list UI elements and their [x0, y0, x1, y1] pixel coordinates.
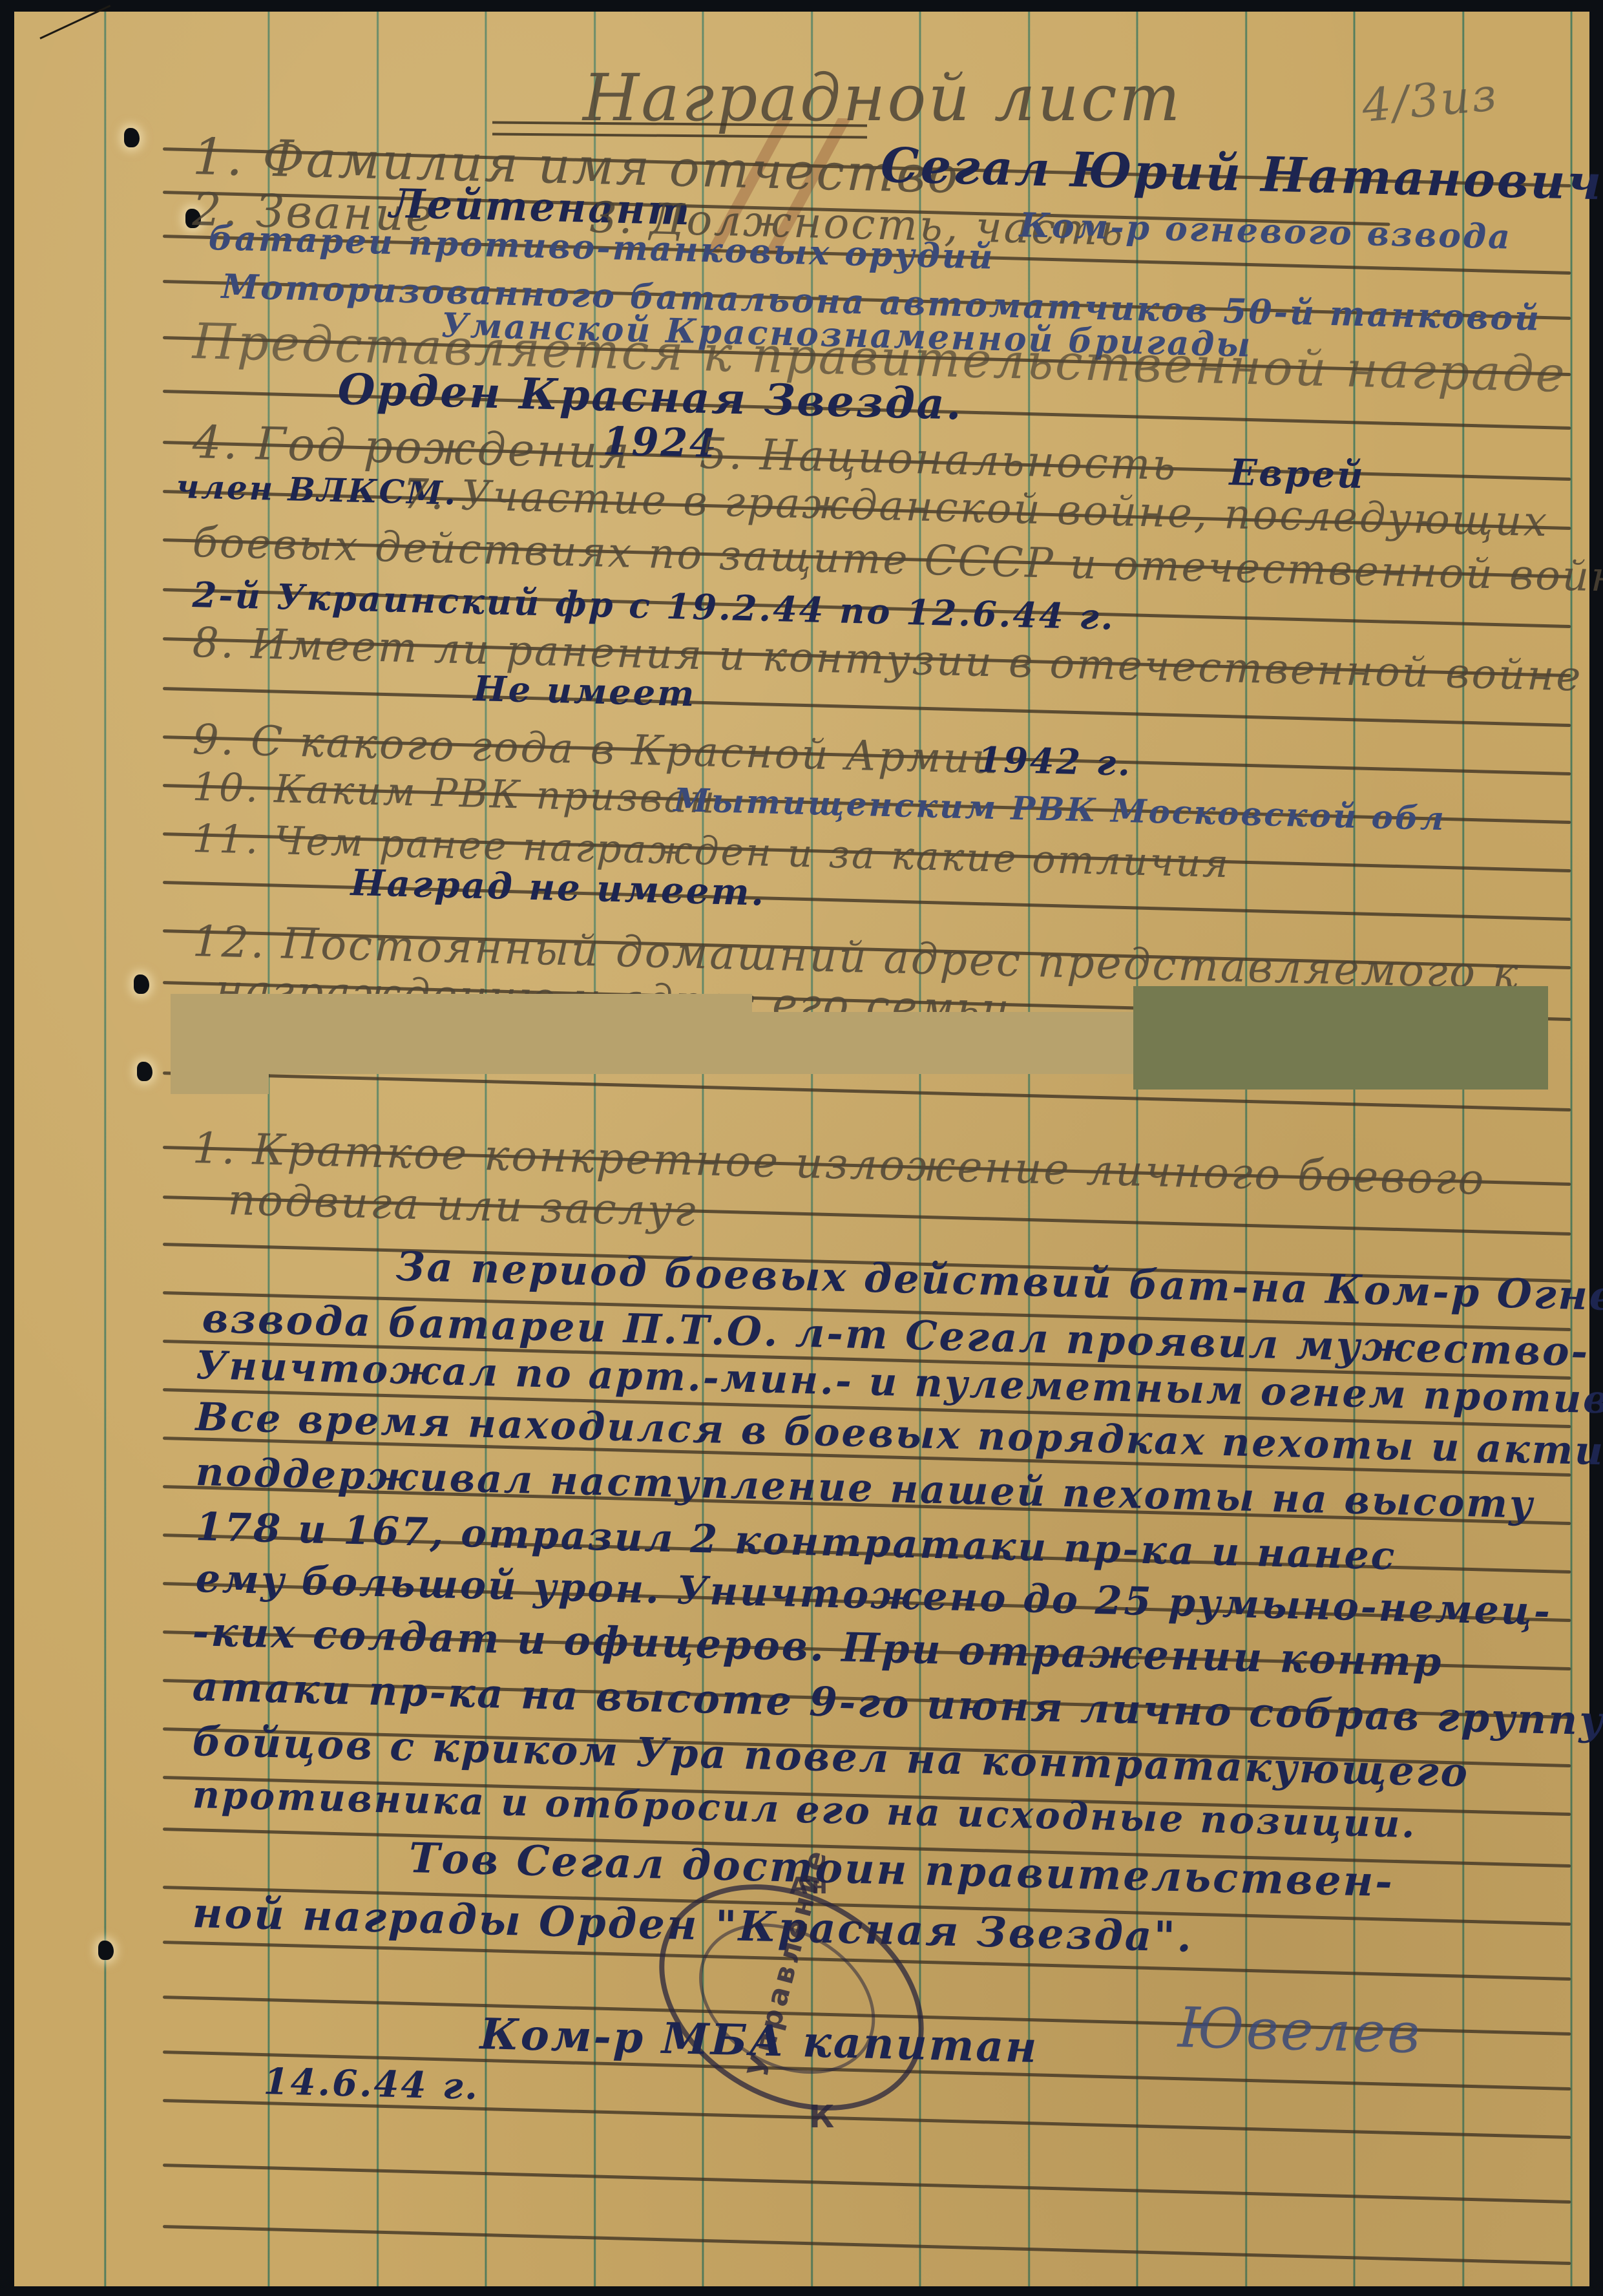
ruled-line [163, 2225, 1571, 2265]
field-9-value: 1942 г. [977, 739, 1133, 784]
ruled-line [163, 2164, 1571, 2204]
field-5-value: Еврей [1229, 451, 1366, 497]
punch-hole [134, 974, 149, 994]
punch-hole [137, 1062, 152, 1081]
redaction-block [171, 994, 752, 1033]
award-sheet: 4/3из // Наградной лист 1. Фамилия имя о… [14, 12, 1589, 2286]
punch-hole [98, 1941, 114, 1960]
field-8-value: Не имеет [473, 668, 697, 714]
stamp-letter: К [809, 2099, 838, 2135]
section-2-label-line2: подвига или заслуг [227, 1175, 698, 1236]
archive-mark: 4/3из [1360, 68, 1500, 132]
punch-hole [124, 128, 140, 147]
signature-date: 14.6.44 г. [263, 2060, 480, 2108]
signature: Ювелев [1177, 1996, 1423, 2066]
field-1-value: Сегал Юрий Натанович [880, 138, 1603, 211]
redaction-block [1133, 986, 1548, 1090]
field-10-value: Мытищенским РВК Московской обл [673, 781, 1446, 837]
